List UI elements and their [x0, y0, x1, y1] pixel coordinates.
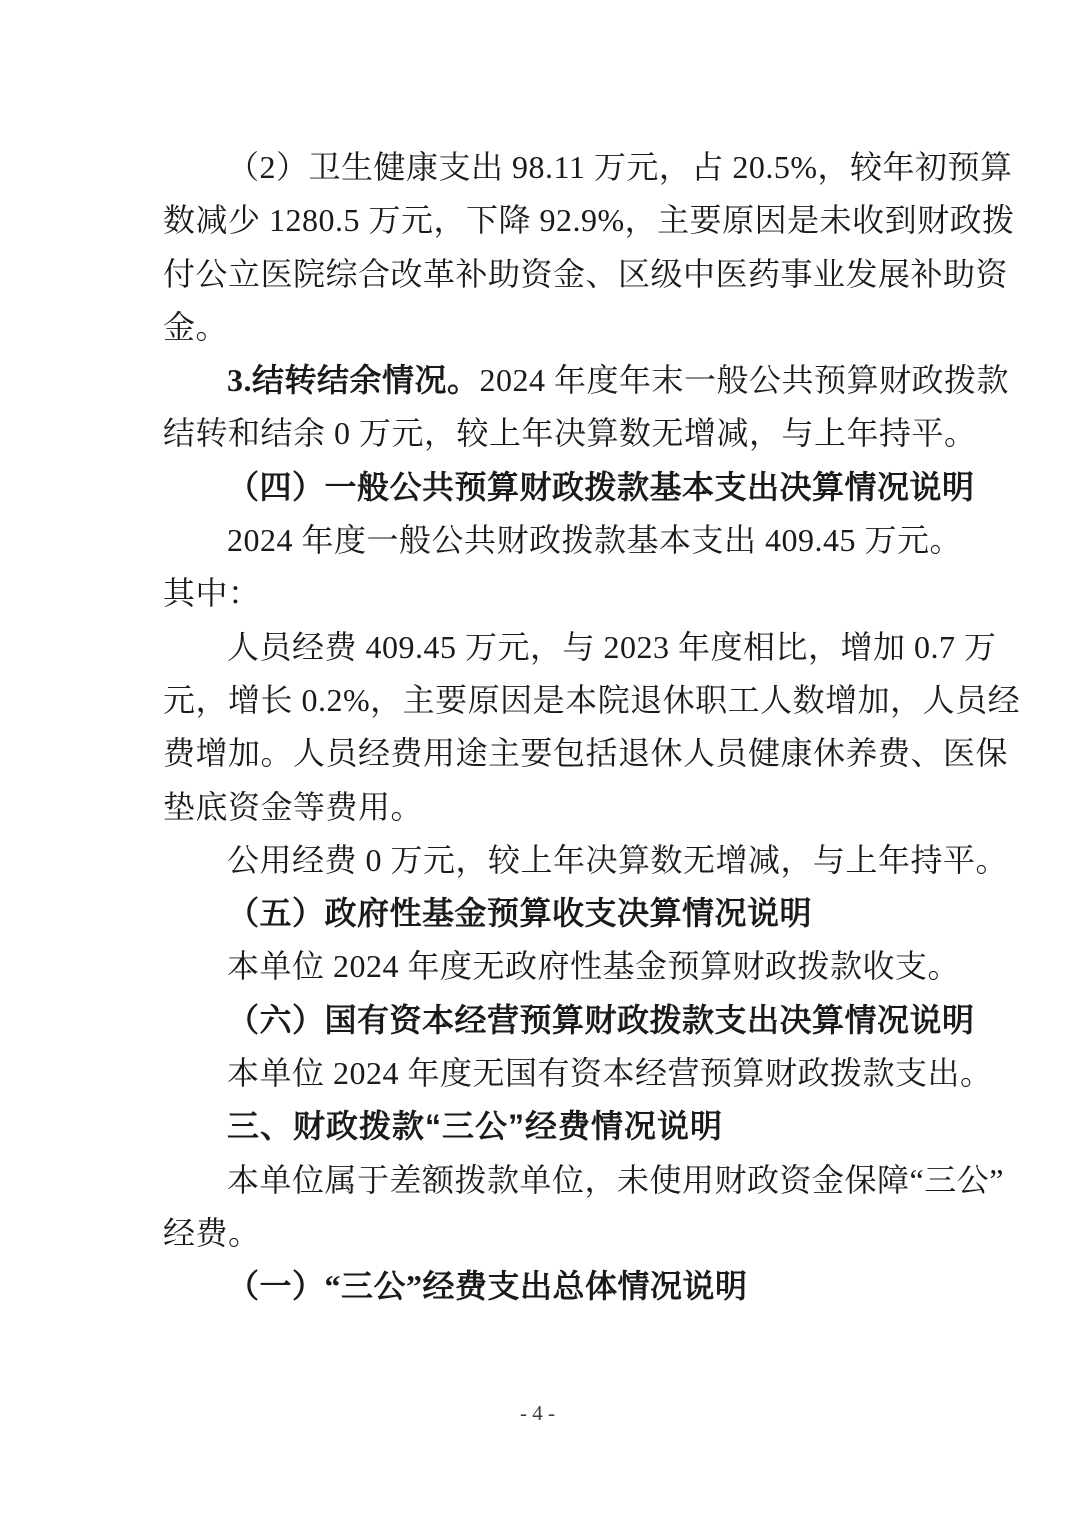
section-heading-3: 三、财政拨款“三公”经费情况说明 — [163, 1100, 915, 1153]
paragraph-line: 金。 — [163, 301, 915, 354]
paragraph-line: 人员经费 409.45 万元，与 2023 年度相比，增加 0.7 万 — [163, 621, 915, 674]
paragraph-line: 2024 年度一般公共财政拨款基本支出 409.45 万元。 — [163, 514, 915, 567]
paragraph-line: 公用经费 0 万元，较上年决算数无增减，与上年持平。 — [163, 834, 915, 887]
subsection-heading-6: （六）国有资本经营预算财政拨款支出决算情况说明 — [163, 994, 915, 1047]
page-number: - 4 - — [0, 1398, 1075, 1428]
run-in-heading: 3.结转结余情况。 — [227, 362, 480, 398]
paragraph-line: 付公立医院综合改革补助资金、区级中医药事业发展补助资 — [163, 248, 915, 301]
paragraph-line: 元，增长 0.2%，主要原因是本院退休职工人数增加，人员经 — [163, 674, 915, 727]
paragraph-line: 经费。 — [163, 1207, 915, 1260]
paragraph-line-carryover-balance: 3.结转结余情况。2024 年度年末一般公共预算财政拨款 — [163, 354, 915, 407]
paragraph-line: 本单位 2024 年度无政府性基金预算财政拨款收支。 — [163, 940, 915, 993]
subsection-heading-5: （五）政府性基金预算收支决算情况说明 — [163, 887, 915, 940]
paragraph-line: （2）卫生健康支出 98.11 万元，占 20.5%，较年初预算 — [163, 141, 915, 194]
subsection-heading-1: （一）“三公”经费支出总体情况说明 — [163, 1260, 915, 1313]
paragraph-line: 本单位 2024 年度无国有资本经营预算财政拨款支出。 — [163, 1047, 915, 1100]
paragraph-line: 结转和结余 0 万元，较上年决算数无增减，与上年持平。 — [163, 407, 915, 460]
document-page: （2）卫生健康支出 98.11 万元，占 20.5%，较年初预算 数减少 128… — [0, 0, 1075, 1520]
paragraph-text: 2024 年度年末一般公共预算财政拨款 — [480, 362, 1010, 398]
document-text-block: （2）卫生健康支出 98.11 万元，占 20.5%，较年初预算 数减少 128… — [163, 141, 915, 1314]
subsection-heading-4: （四）一般公共预算财政拨款基本支出决算情况说明 — [163, 461, 915, 514]
paragraph-line: 其中： — [163, 567, 915, 620]
paragraph-line: 本单位属于差额拨款单位，未使用财政资金保障“三公” — [163, 1154, 915, 1207]
paragraph-line: 数减少 1280.5 万元，下降 92.9%，主要原因是未收到财政拨 — [163, 194, 915, 247]
paragraph-line: 垫底资金等费用。 — [163, 781, 915, 834]
paragraph-line: 费增加。人员经费用途主要包括退休人员健康休养费、医保 — [163, 727, 915, 780]
